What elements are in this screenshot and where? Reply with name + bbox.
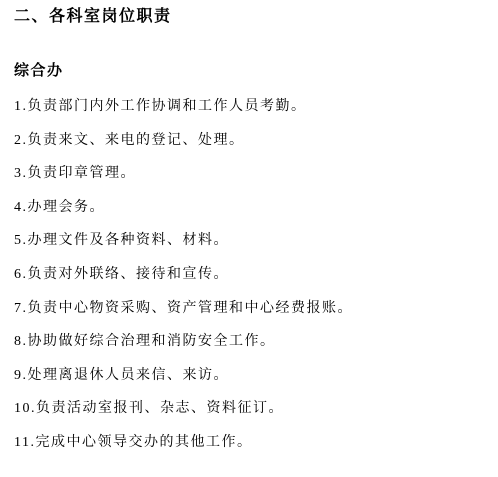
duty-item: 5.办理文件及各种资料、材料。 <box>14 233 482 248</box>
duty-item: 10.负责活动室报刊、杂志、资料征订。 <box>14 401 482 416</box>
duty-item: 6.负责对外联络、接待和宣传。 <box>14 267 482 282</box>
duty-item: 3.负责印章管理。 <box>14 166 482 181</box>
duty-item: 4.办理会务。 <box>14 200 482 215</box>
document-page: 二、各科室岗位职责 综合办 1.负责部门内外工作协调和工作人员考勤。 2.负责来… <box>0 0 498 477</box>
duty-item: 8.协助做好综合治理和消防安全工作。 <box>14 334 482 349</box>
duty-item: 1.负责部门内外工作协调和工作人员考勤。 <box>14 99 482 114</box>
duty-item: 7.负责中心物资采购、资产管理和中心经费报账。 <box>14 301 482 316</box>
document-title: 二、各科室岗位职责 <box>14 8 482 25</box>
duty-list: 1.负责部门内外工作协调和工作人员考勤。 2.负责来文、来电的登记、处理。 3.… <box>14 99 482 450</box>
duty-item: 9.处理离退休人员来信、来访。 <box>14 368 482 383</box>
section-heading: 综合办 <box>14 63 482 79</box>
duty-item: 11.完成中心领导交办的其他工作。 <box>14 435 482 450</box>
duty-item: 2.负责来文、来电的登记、处理。 <box>14 133 482 148</box>
